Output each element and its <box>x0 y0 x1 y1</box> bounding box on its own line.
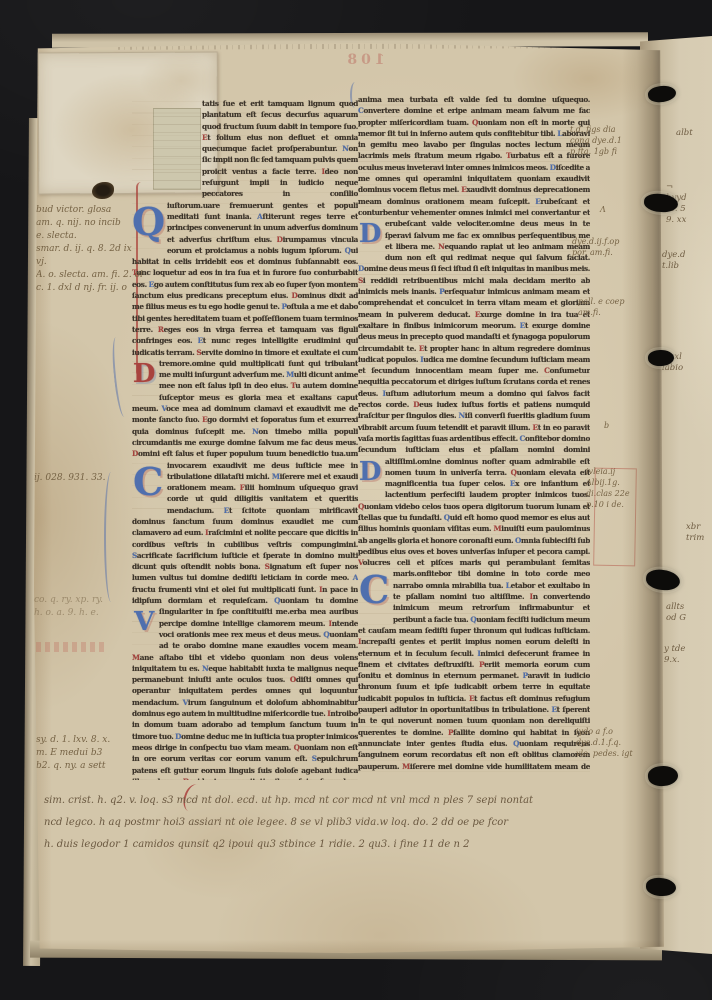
psalm-section: Confitebor tibi domine in toto corde meo… <box>358 569 590 772</box>
versal-initial: Q <box>294 743 300 752</box>
versal-initial: E <box>419 344 424 353</box>
photograph-backdrop: albt ¬hyydrc. 59. xx dye.dt.lib lxxxllab… <box>0 0 712 1000</box>
left-margin-note: bud victor. glosaam. q. nij. no incibe. … <box>36 204 143 295</box>
margin-note-line: bud victor. glosa <box>36 204 143 217</box>
versal-initial: I <box>327 709 330 718</box>
manuscript-page: 108 tatis ſue et erit tamquam lignum quo… <box>34 42 664 954</box>
psalm-section: anima mea turbata eſt valde ſed tu domin… <box>358 95 590 228</box>
versal-initial: R <box>158 325 164 334</box>
margin-note-line: ij. 028. 931. 33. <box>34 472 106 485</box>
psalm-section: Cum invocarem exaudivit me deus iuſticie… <box>132 449 358 616</box>
versal-initial: S <box>196 348 201 357</box>
margin-note-line: pall. e coep <box>578 296 625 307</box>
adjacent-leaf-note: y tde9.x. <box>664 644 685 666</box>
versal-initial: C <box>544 366 549 375</box>
margin-note-line: 9.x. <box>664 655 685 666</box>
versal-initial: E <box>532 423 537 432</box>
versal-initial: F <box>240 483 245 492</box>
text-column-left: tatis ſue et erit tamquam lignum quod pl… <box>132 98 358 780</box>
versal-initial: Q <box>274 596 280 605</box>
margin-note-line: t.d. figs dia <box>570 124 622 135</box>
versal-initial: Q <box>323 630 329 639</box>
margin-note-line: h. duis legodor 1 camidos qunsit q2 ipou… <box>44 834 658 856</box>
versal-initial: M <box>286 370 294 379</box>
illuminated-initial: C <box>358 569 390 614</box>
versal-initial: P <box>448 728 453 737</box>
versal-initial: M <box>402 762 410 771</box>
versal-initial: P <box>439 287 444 296</box>
versal-initial: E <box>198 336 203 345</box>
versal-initial: S <box>358 276 363 285</box>
versal-initial: E <box>202 133 207 142</box>
psalm-section: Domine deus meus in te ſperavi ſalvum me… <box>358 219 590 465</box>
left-margin-note: co. q. ry. xp. ry.h. o. a. 9. h. e. <box>34 594 103 620</box>
margin-note-line: am.fi. <box>578 307 625 318</box>
versal-initial: I <box>205 528 208 537</box>
psalm-section: Domine dominus noſter quam admirabile eſ… <box>358 457 590 579</box>
margin-note-line: y tde <box>664 644 685 655</box>
text-column-right: anima mea turbata eſt valde ſed tu domin… <box>358 94 590 772</box>
versal-initial: N <box>438 242 444 251</box>
margin-note-line: sy. d. 1. lxv. 8. x. <box>36 734 110 747</box>
margin-note-line: p.fta. 1gb fi <box>570 146 622 157</box>
versal-initial: C <box>358 106 363 115</box>
ink-hole <box>92 182 114 199</box>
margin-note-line: dye.d <box>662 250 685 261</box>
versal-initial: N <box>252 427 258 436</box>
versal-initial: E <box>520 321 525 330</box>
versal-initial: V <box>161 404 166 413</box>
margin-note-line: m. E medui b3 <box>36 747 110 760</box>
versal-initial: M <box>272 472 280 481</box>
versal-initial: D <box>183 777 189 780</box>
versal-initial: E <box>469 694 474 703</box>
versal-initial: V <box>358 558 363 567</box>
versal-initial: C <box>520 434 525 443</box>
versal-initial: D <box>413 400 419 409</box>
right-margin-note: pall. e coepam.fi. <box>578 296 625 318</box>
versal-initial: E <box>535 197 540 206</box>
margin-note-line: vj. <box>36 256 143 269</box>
margin-note-line: smar. d. ij. q. 8. 2d ix <box>36 243 143 256</box>
versal-initial: D <box>175 732 181 741</box>
versal-initial: I <box>420 355 423 364</box>
margin-note-line: h. o. a. 9. h. e. <box>34 607 103 620</box>
versal-initial: S <box>132 551 137 560</box>
margin-note-line: b2. q. ny. a sett <box>36 760 110 773</box>
margin-note-line: por. am.fi. <box>572 247 619 258</box>
versal-initial: S <box>265 562 270 571</box>
illuminated-initial: V <box>132 607 156 640</box>
adjacent-leaf-note: dye.dt.lib <box>662 250 685 272</box>
illuminated-initial: D <box>358 457 382 490</box>
versal-initial: I <box>319 585 322 594</box>
margin-note-line: allts <box>666 602 686 613</box>
versal-initial: L <box>557 129 562 138</box>
versal-initial: N <box>458 411 464 420</box>
versal-initial: D <box>292 291 298 300</box>
margin-note-line: 9. xx <box>666 215 687 226</box>
margin-note-line: albt <box>676 128 693 139</box>
right-margin-note: b <box>604 420 609 431</box>
versal-initial: E <box>461 185 466 194</box>
versal-initial: I <box>477 649 480 658</box>
versal-initial: L <box>506 581 511 590</box>
penwork-flourish <box>110 337 130 418</box>
left-margin-note: ij. 028. 931. 33. <box>34 472 106 485</box>
versal-initial: N <box>342 144 348 153</box>
versal-initial: I <box>322 167 325 176</box>
illuminated-initial: C <box>132 461 164 506</box>
versal-initial: S <box>312 754 317 763</box>
versal-initial: N <box>202 664 208 673</box>
versal-initial: D <box>277 235 283 244</box>
versal-initial: E <box>202 415 207 424</box>
right-margin-note: Λ <box>600 204 606 215</box>
margin-note-line: Λ <box>600 204 606 215</box>
margin-note-line: xbr <box>686 522 704 533</box>
margin-note-line: am. q. nij. no incib <box>36 217 143 230</box>
adjacent-leaf-note: xbrtrim <box>686 522 704 544</box>
versal-initial: Q <box>472 118 478 127</box>
versal-initial: Q <box>345 246 351 255</box>
versal-initial: I <box>329 619 332 628</box>
versal-initial: P <box>523 671 528 680</box>
adjacent-leaf-note: albt <box>676 128 693 139</box>
versal-initial: P <box>479 660 484 669</box>
versal-initial: T <box>291 381 295 390</box>
margin-note-line: sim. crist. h. q2. v. loq. s3 mcd nt dol… <box>44 790 658 812</box>
versal-initial: E <box>475 310 480 319</box>
versal-initial: O <box>290 675 296 684</box>
versal-initial: Q <box>444 513 450 522</box>
gutter-shadow <box>622 42 664 954</box>
margin-note-line: b <box>604 420 609 431</box>
versal-initial: I <box>382 389 385 398</box>
margin-note-line: trim <box>686 533 704 544</box>
margin-note-line: ncd legco. h aq postmr hoi3 assiari nt o… <box>44 812 658 834</box>
adjacent-leaf-note: alltsod G <box>666 602 686 624</box>
versal-initial: D <box>132 449 138 458</box>
versal-initial: P <box>282 302 287 311</box>
margin-note-line: od G <box>666 613 686 624</box>
illuminated-initial: D <box>132 359 156 392</box>
versal-initial: Q <box>470 615 476 624</box>
versal-initial: Q <box>513 739 519 748</box>
psalm-section: Domine quid multiplicati ſunt qui tribul… <box>132 359 358 458</box>
margin-note-line: cong dye.d.1 <box>570 135 622 146</box>
versal-initial: A <box>257 212 262 221</box>
versal-initial: E <box>149 280 154 289</box>
versal-initial: O <box>515 536 521 545</box>
psalm-section: Verba mea auribus percipe domine intelli… <box>132 607 358 780</box>
margin-note-line: co. q. ry. xp. ry. <box>34 594 103 607</box>
versal-initial: D <box>550 163 556 172</box>
versal-initial: Q <box>511 468 517 477</box>
versal-initial: E <box>510 479 515 488</box>
margin-note-line: t.lib <box>662 261 685 272</box>
versal-initial: V <box>183 698 188 707</box>
versal-initial: I <box>358 637 361 646</box>
folio-number: 108 <box>322 52 406 68</box>
versal-initial: E <box>551 705 556 714</box>
offset-red-marks <box>36 642 108 652</box>
patch-overlap-spacer <box>132 98 202 190</box>
psalm-section: tatis ſue et erit tamquam lignum quod pl… <box>167 99 358 210</box>
versal-initial: E <box>224 506 229 515</box>
right-margin-note: t.d. figs diacong dye.d.1p.fta. 1gb fi <box>570 124 622 157</box>
versal-initial: M <box>494 524 502 533</box>
versal-initial: Q <box>358 502 364 511</box>
illuminated-initial: D <box>358 219 382 252</box>
versal-initial: I <box>530 592 533 601</box>
margin-note-line: dye.d.ij.f.op <box>572 236 619 247</box>
penwork-flourish <box>104 472 118 602</box>
versal-initial: M <box>132 653 140 662</box>
versal-initial: T <box>506 151 510 160</box>
margin-note-line: A. o. slecta. am. fi. 2. ol <box>36 269 143 282</box>
margin-note-line: e. slecta. <box>36 230 143 243</box>
psalm-section: Quare fremuerunt gentes et populi medita… <box>132 201 358 368</box>
left-margin-note: sy. d. 1. lxv. 8. x.m. E medui b3b2. q. … <box>36 734 110 773</box>
versal-initial: D <box>358 264 364 273</box>
margin-note-line: ¬ <box>666 182 687 193</box>
margin-note-line: c. 1. dxl d nj. fr. ij. o <box>36 282 143 295</box>
bottom-gloss: sim. crist. h. q2. v. loq. s3 mcd nt dol… <box>44 790 658 856</box>
right-margin-note: dye.d.ij.f.oppor. am.fi. <box>572 236 619 258</box>
